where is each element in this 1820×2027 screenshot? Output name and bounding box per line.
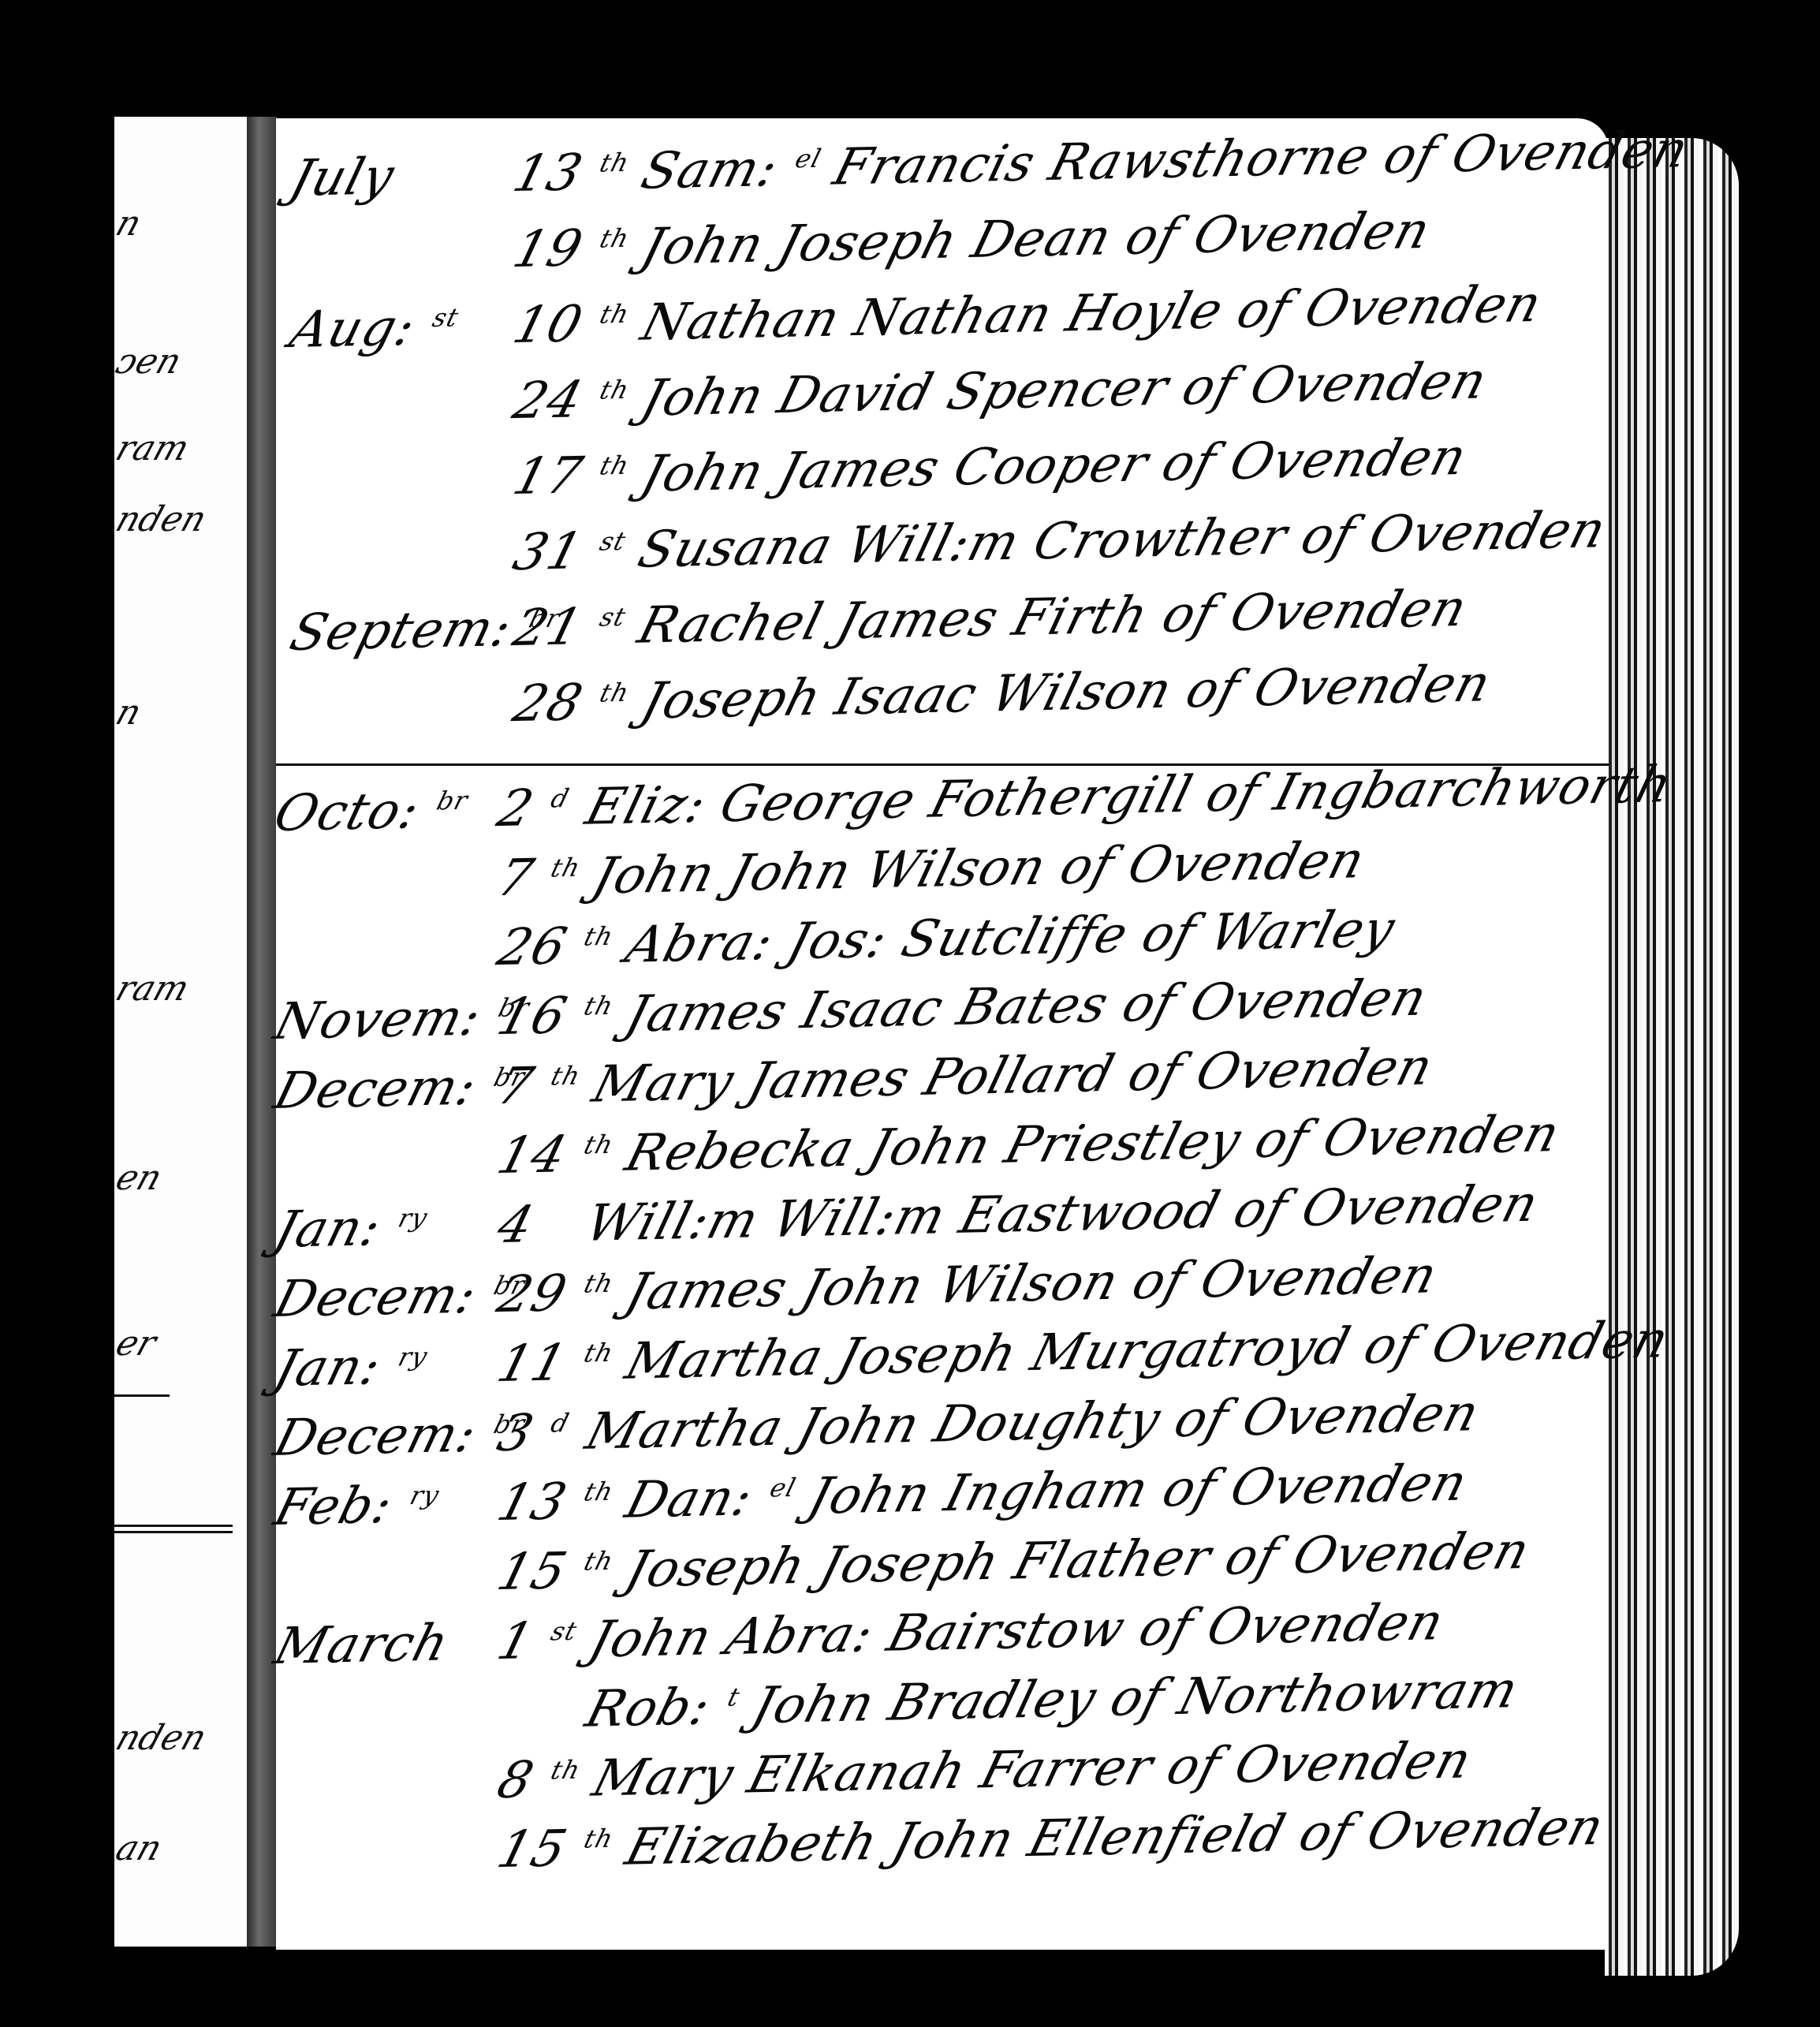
left-page-fragment: n <box>111 203 147 244</box>
left-page-fragment: ᴐen <box>111 342 187 382</box>
entry-father-name: John Ingham <box>802 1461 1172 1526</box>
register-entry: Jan: ry 4 Will:m Will:m Eastwood of Oven… <box>268 1175 1545 1260</box>
entry-father-name: Elkanah Farrer <box>742 1738 1177 1805</box>
entry-father-name: Nathan Hoyle <box>848 282 1246 348</box>
register-entry: Decem: br 7 th Mary James Pollard of Ove… <box>268 1038 1439 1120</box>
entry-day: 15 th <box>491 1819 618 1880</box>
entry-father-name: James Cooper <box>772 435 1172 501</box>
entry-day: 19 th <box>507 218 634 279</box>
entry-day: 8 th <box>491 1750 585 1810</box>
entry-month <box>287 267 494 271</box>
left-page-fragment: n <box>111 692 147 733</box>
register-entry: Novem: br 16 th James Isaac Bates of Ove… <box>268 969 1433 1051</box>
entry-residence: of Ovenden <box>1116 969 1433 1034</box>
entry-day: 24 th <box>507 370 634 431</box>
left-page-double-rule <box>114 1531 233 1533</box>
entry-day: 1 st <box>491 1611 582 1671</box>
register-entry: Octo: br 2 d Eliz: George Fothergill of … <box>268 756 1678 843</box>
entry-father-name: James Firth <box>830 586 1171 651</box>
entry-day: 16 th <box>491 986 618 1047</box>
entry-residence: of Ovenden <box>1249 1105 1566 1170</box>
entry-child-name: Mary <box>587 1053 758 1114</box>
entry-child-name: Martha <box>620 1328 847 1391</box>
entry-day: 31 st <box>507 521 631 582</box>
page-edges-stack <box>1605 138 1739 1976</box>
register-entry: 8 th Mary Elkanah Farrer of Ovenden <box>268 1731 1478 1815</box>
left-page-fragment: an <box>111 1828 167 1868</box>
register-entry: 14 th Rebecka John Priestley of Ovenden <box>268 1105 1566 1190</box>
entry-residence: of Ingbarchworth <box>1200 756 1679 823</box>
entry-child-name: Martha <box>580 1398 807 1461</box>
left-page-fragment: ram <box>111 969 195 1009</box>
entry-day: 4 <box>491 1195 578 1255</box>
register-entry: 19 th John Joseph Dean of Ovenden <box>284 202 1437 284</box>
entry-residence: of Ovenden <box>1122 1038 1439 1103</box>
entry-day: 15 th <box>491 1541 618 1602</box>
entry-residence: of Warley <box>1136 901 1401 965</box>
entry-father-name: Francis Rawsthorne <box>827 127 1393 197</box>
entry-child-name: Rob: t <box>580 1678 744 1739</box>
entry-child-name: Joseph <box>636 669 845 731</box>
entry-month: March <box>268 1614 490 1676</box>
entry-child-name: Nathan <box>636 289 863 353</box>
entry-father-name: Will:m Eastwood <box>766 1181 1243 1249</box>
entry-residence: of Ovenden <box>1358 1311 1675 1376</box>
entry-day: 14 th <box>491 1125 618 1185</box>
entry-day: 13 th <box>507 143 634 203</box>
entry-child-name: Sam: el <box>636 139 826 201</box>
entry-day: 7 th <box>491 848 585 908</box>
register-entry: Decem: br 29 th James John Wilson of Ove… <box>268 1246 1443 1329</box>
register-entry: Feb: ry 13 th Dan: el John Ingham of Ove… <box>268 1454 1474 1537</box>
entry-month: Jan: ry <box>268 1197 490 1260</box>
entry-father-name: Will:m Crowther <box>841 507 1311 575</box>
entry-month: Novem: br <box>268 989 490 1051</box>
entry-residence: of Ovenden <box>1156 428 1473 493</box>
entry-day: 7 th <box>491 1056 585 1116</box>
entry-residence: of Ovenden <box>1133 1593 1450 1658</box>
register-entry: 7 th John John Wilson of Ovenden <box>268 831 1371 913</box>
entry-child-name: John <box>587 845 739 906</box>
entry-residence: of Ovenden <box>1157 1454 1474 1519</box>
entry-day: 26 th <box>491 916 618 977</box>
entry-father-name: Joseph Murgatroyd <box>831 1317 1374 1387</box>
register-section-winter: Octo: br 2 d Eliz: George Fothergill of … <box>276 769 1609 1944</box>
entry-father-name: Isaac Wilson <box>830 661 1195 726</box>
entry-child-name: Rachel <box>632 593 846 655</box>
entry-residence: of Ovenden <box>1180 655 1497 719</box>
entry-day: 28 th <box>507 673 634 734</box>
entry-father-name: Isaac Bates <box>796 976 1132 1040</box>
entry-father-name: John Wilson <box>723 838 1070 903</box>
entry-residence: of Ovenden <box>1161 1731 1478 1796</box>
entry-child-name: Dan: el <box>620 1468 801 1529</box>
left-page-fragment: nden <box>111 1718 211 1758</box>
entry-residence: of Ovenden <box>1126 1246 1443 1311</box>
register-entry: July 13 th Sam: el Francis Rawsthorne of… <box>284 121 1695 208</box>
entry-day: 10 th <box>507 294 634 355</box>
entry-father-name: John Bradley <box>746 1670 1120 1735</box>
entry-day: 3 d <box>491 1403 578 1463</box>
entry-father-name: Jos: Sutcliffe <box>781 905 1151 971</box>
entry-day: 29 th <box>491 1264 618 1324</box>
register-entry: Aug: st 10 th Nathan Nathan Hoyle of Ove… <box>284 275 1548 360</box>
entry-child-name: Joseph <box>620 1537 830 1600</box>
left-page-rule <box>114 1394 170 1397</box>
entry-residence: of Ovenden <box>1169 1384 1486 1449</box>
entry-month <box>271 1590 478 1594</box>
register-entry: Rob: t John Bradley of Northowram <box>268 1661 1524 1745</box>
entry-month <box>287 570 494 574</box>
register-entry: 15 th Elizabeth John Ellenfield of Ovend… <box>268 1798 1610 1884</box>
left-page-fragment: er <box>111 1323 162 1364</box>
left-page-fragment: en <box>111 1158 167 1198</box>
entry-father-name: John Wilson <box>796 1252 1143 1318</box>
entry-residence: of Ovenden <box>1219 1522 1536 1587</box>
left-page-double-rule <box>114 1525 233 1527</box>
entry-father-name: George Fothergill <box>714 765 1215 834</box>
register-entry: 17 th John James Cooper of Ovenden <box>284 428 1473 511</box>
entry-child-name: Will:m <box>580 1191 782 1253</box>
entry-residence: of Ovenden <box>1156 580 1473 644</box>
entry-month <box>271 965 478 969</box>
entry-month <box>271 896 478 900</box>
register-entry: Decem: br 3 d Martha John Doughty of Ove… <box>268 1384 1486 1468</box>
register-entry: 28 th Joseph Isaac Wilson of Ovenden <box>284 655 1497 738</box>
entry-day: 21 st <box>507 597 631 658</box>
left-page-fragment: nden <box>111 499 211 539</box>
entry-father-name: Joseph Flather <box>814 1529 1235 1596</box>
entry-month: Aug: st <box>284 297 505 360</box>
entry-residence: of Ovenden <box>1293 1798 1610 1863</box>
entry-month <box>287 495 494 498</box>
entry-day: 13 th <box>491 1472 618 1532</box>
register-entry: March 1 st John Abra: Bairstow of Ovende… <box>268 1593 1450 1676</box>
entry-residence: of Ovenden <box>1378 121 1695 185</box>
entry-child-name: James <box>620 982 811 1044</box>
entry-father-name: David Spencer <box>772 358 1192 425</box>
entry-father-name: Abra: Bairstow <box>719 1600 1148 1667</box>
left-page-fragment: ram <box>111 428 195 468</box>
register-section-summer: July 13 th Sam: el Francis Rawsthorne of… <box>276 118 1609 761</box>
entry-month: Decem: br <box>268 1058 490 1121</box>
entry-day <box>494 1726 566 1728</box>
entry-father-name: James Pollard <box>742 1044 1138 1111</box>
register-entry: 24 th John David Spencer of Ovenden <box>284 352 1494 435</box>
entry-child-name: John <box>583 1608 735 1670</box>
entry-day: 11 th <box>491 1333 618 1394</box>
register-entry: Septem: br 21 st Rachel James Firth of O… <box>284 580 1473 663</box>
entry-month: July <box>284 146 505 208</box>
entry-child-name: Rebecka <box>620 1119 878 1182</box>
entry-day: 17 th <box>507 446 634 506</box>
register-entry: 15 th Joseph Joseph Flather of Ovenden <box>268 1522 1536 1607</box>
entry-child-name: Mary <box>587 1747 758 1809</box>
entry-child-name: Elizabeth <box>620 1813 901 1877</box>
entry-father-name: Joseph Dean <box>772 208 1136 274</box>
entry-month: Jan: ry <box>268 1336 490 1398</box>
entry-month <box>271 1729 478 1733</box>
entry-father-name: John Doughty <box>791 1391 1184 1457</box>
entry-residence: of Ovenden <box>1177 352 1494 416</box>
entry-child-name: John <box>636 367 788 428</box>
entry-residence: of Ovenden <box>1054 831 1371 896</box>
entry-month: Septem: br <box>284 600 505 663</box>
entry-father-name: John Ellenfield <box>886 1805 1308 1872</box>
entry-residence: of Ovenden <box>1228 1175 1545 1240</box>
entry-month <box>271 1868 478 1872</box>
entry-child-name: Eliz: <box>580 775 729 837</box>
entry-child-name: James <box>620 1260 811 1322</box>
entry-month <box>271 1174 478 1178</box>
left-facing-page-strip: n ᴐen ram nden n ram en er nden an <box>114 117 247 1947</box>
register-entry: 26 th Abra: Jos: Sutcliffe of Warley <box>268 901 1401 982</box>
entry-child-name: Abra: <box>620 913 797 974</box>
entry-month <box>287 419 494 423</box>
entry-month: Feb: ry <box>268 1475 490 1537</box>
entry-month <box>287 722 494 726</box>
register-entry: 31 st Susana Will:m Crowther of Ovenden <box>284 501 1612 587</box>
entry-child-name: Susana <box>632 517 856 579</box>
entry-residence: of Northowram <box>1104 1661 1524 1728</box>
entry-child-name: John <box>636 442 788 504</box>
entry-child-name: John <box>636 215 788 277</box>
entry-residence: of Ovenden <box>1231 275 1548 340</box>
entry-month: Octo: br <box>268 781 490 843</box>
entry-residence: of Ovenden <box>1295 501 1612 566</box>
entry-month: Decem: br <box>268 1405 490 1468</box>
entry-day: 2 d <box>491 778 578 838</box>
entry-month <box>271 1798 478 1802</box>
entry-residence: of Ovenden <box>1120 202 1437 267</box>
entry-father-name: John Priestley <box>862 1111 1264 1178</box>
entry-month: Decem: br <box>268 1267 490 1329</box>
